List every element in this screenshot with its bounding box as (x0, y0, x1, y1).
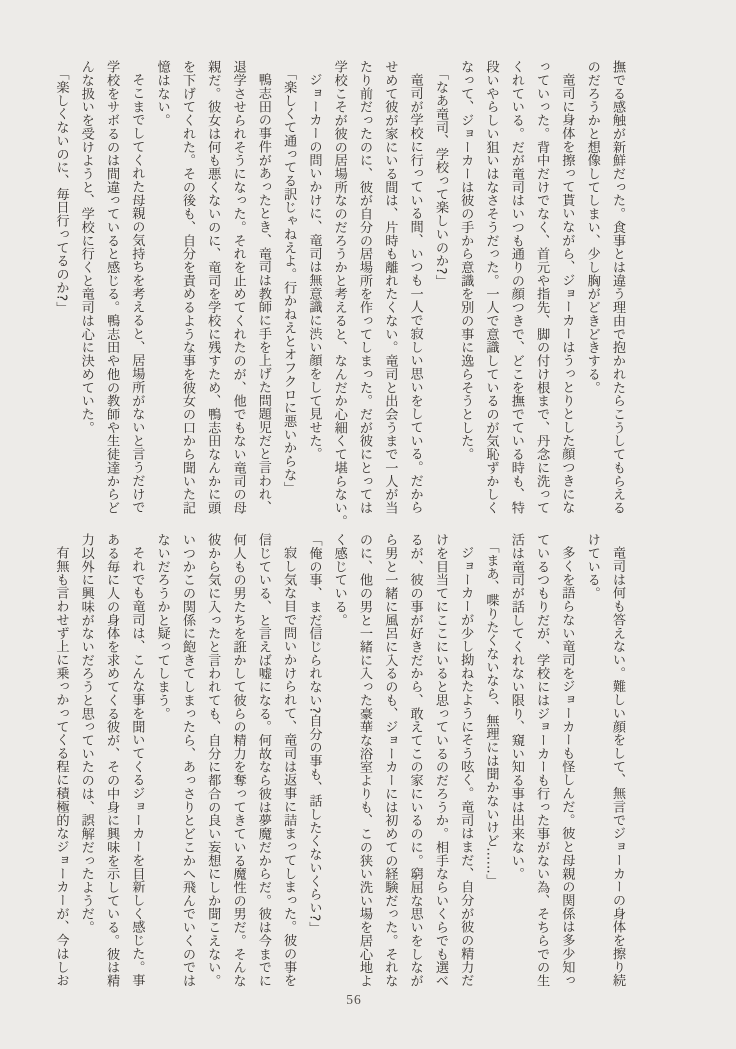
text-column: く感じている。 (326, 533, 351, 981)
text-column-dialogue: 「なあ竜司、学校って楽しいのか?」 (428, 60, 453, 520)
text-column: のだろうかと想像してしまい、少し胸がどきどきする。 (579, 60, 604, 520)
text-column: けを目当てにここにいると思っているのだろうか。相手ならいくらでも選べ (428, 533, 453, 981)
text-column: いつかこの関係に飽きてしまったら、あっさりとどこかへ飛んでいくのでは (175, 533, 200, 981)
text-column: なって、ジョーカーは彼の手から意識を別の事に逸らそうとした。 (453, 60, 478, 520)
text-column: んな扱いを受けようと、学校に行くと竜司は心に決めていた。 (73, 60, 98, 520)
text-column: 彼から気に入ったと言われても、自分に都合の良い妄想にしか聞こえない。 (200, 533, 225, 981)
text-block-top: 撫でる感触が新鮮だった。食事とは違う理由で抱かれたらこうしてもらえる のだろうか… (48, 60, 630, 520)
book-page: 撫でる感触が新鮮だった。食事とは違う理由で抱かれたらこうしてもらえる のだろうか… (0, 0, 736, 1049)
text-column: ないだろうかと疑ってしまう。 (149, 533, 174, 981)
text-column: ジョーカーの問いかけに、竜司は無意識に渋い顔をして見せた。 (301, 60, 326, 520)
text-column: のに、他の男と一緒に入った豪華な浴室よりも、この狭い洗い場を居心地よ (352, 533, 377, 981)
text-column: 多くを語らない竜司をジョーカーも怪しんだ。彼と母親の関係は多少知っ (554, 533, 579, 981)
page-number: 56 (337, 992, 371, 1008)
text-column: 活は竜司が話してくれない限り、窺い知る事は出来ない。 (504, 533, 529, 981)
text-column: それでも竜司は、こんな事を聞いてくるジョーカーを目新しく感じた。事 (124, 533, 149, 981)
text-column-dialogue: 「楽しくて通ってる訳じゃねえよ。行かねえとオフクロに悪いからな」 (276, 60, 301, 520)
text-column-dialogue: 「俺の事、まだ信じられない?自分の事も、話したくないくらい?」 (301, 533, 326, 981)
text-column-dialogue: 「まあ、喋りたくないなら、無理には聞かないけど……」 (478, 533, 503, 981)
text-column: 学校をサボるのは間違っていると感じる。鴨志田や他の教師や生徒達からど (99, 60, 124, 520)
text-column: 何人もの男たちを誑かして彼らの精力を奪ってきている魔性の男だ。そんな (225, 533, 250, 981)
text-block-bottom: 竜司は何も答えない。難しい顔をして、無言でジョーカーの身体を擦り続 けている。 … (48, 533, 630, 981)
text-column: 段いやらしい狙いはなさそうだった。一人で意識しているのが気恥ずかしく (478, 60, 503, 520)
text-column: けている。 (579, 533, 604, 981)
text-column: 竜司が学校に行っている間、いつも一人で寂しい思いをしている。だから (402, 60, 427, 520)
text-column: を下げてくれた。その後も、自分を責めるような事を彼女の口から聞いた記 (175, 60, 200, 520)
text-column: そこまでしてくれた母親の気持ちを考えると、居場所がないと言うだけで (124, 60, 149, 520)
text-column: 寂し気な目で問いかけられて、竜司は返事に詰まってしまった。彼の事を (276, 533, 301, 981)
text-column-dialogue: 「楽しくないのに、毎日行ってるのか?」 (48, 60, 73, 520)
text-column: 撫でる感触が新鮮だった。食事とは違う理由で抱かれたらこうしてもらえる (605, 60, 630, 520)
text-column: 竜司に身体を擦って貰いながら、ジョーカーはうっとりとした顔つきにな (554, 60, 579, 520)
text-column: 力以外に興味がないだろうと思っていたのは、誤解だったようだ。 (73, 533, 98, 981)
text-column: ているつもりだが、学校にはジョーカーも行った事がない為、そちらでの生 (529, 533, 554, 981)
text-column: ら男と一緒に風呂に入るのも、ジョーカーには初めての経験だった。それな (377, 533, 402, 981)
text-column: せめて彼が家にいる間は、片時も離れたくない。竜司と出会うまで一人が当 (377, 60, 402, 520)
text-column: 鴨志田の事件があったとき、竜司は教師に手を上げた問題児だと言われ、 (251, 60, 276, 520)
text-column: 憶はない。 (149, 60, 174, 520)
text-column: っていった。背中だけでなく、首元や指先、脚の付け根まで、丹念に洗って (529, 60, 554, 520)
text-column: たり前だったのに、彼が自分の居場所を作ってしまった。だが彼にとっては (352, 60, 377, 520)
text-column: 信じている、と言えば嘘になる。何故なら彼は夢魔だからだ。彼は今までに (251, 533, 276, 981)
text-column: るが、彼の事が好きだから、敢えてこの家にいるのに。窮屈な思いをしなが (402, 533, 427, 981)
text-column: 有無も言わせず上に乗っかってくる程に積極的なジョーカーが、今はしお (48, 533, 73, 981)
text-column: 親だ。彼女は何も悪くないのに、竜司を学校に残すため、鴨志田なんかに頭 (200, 60, 225, 520)
text-column: 退学させられそうになった。それを止めてくれたのが、他でもない竜司の母 (225, 60, 250, 520)
text-column: ジョーカーが少し拗ねたようにそう呟く。竜司はまだ、自分が彼の精力だ (453, 533, 478, 981)
text-column: 竜司は何も答えない。難しい顔をして、無言でジョーカーの身体を擦り続 (605, 533, 630, 981)
text-column: くれている。だが竜司はいつも通りの顔つきで、どこを撫でている時も、特 (504, 60, 529, 520)
text-column: 学校こそが彼の居場所なのだろうかと考えると、なんだか心細くて堪らない。 (326, 60, 351, 520)
text-column: ある毎に人の身体を求めてくる彼が、その中身に興味を示している。彼は精 (99, 533, 124, 981)
